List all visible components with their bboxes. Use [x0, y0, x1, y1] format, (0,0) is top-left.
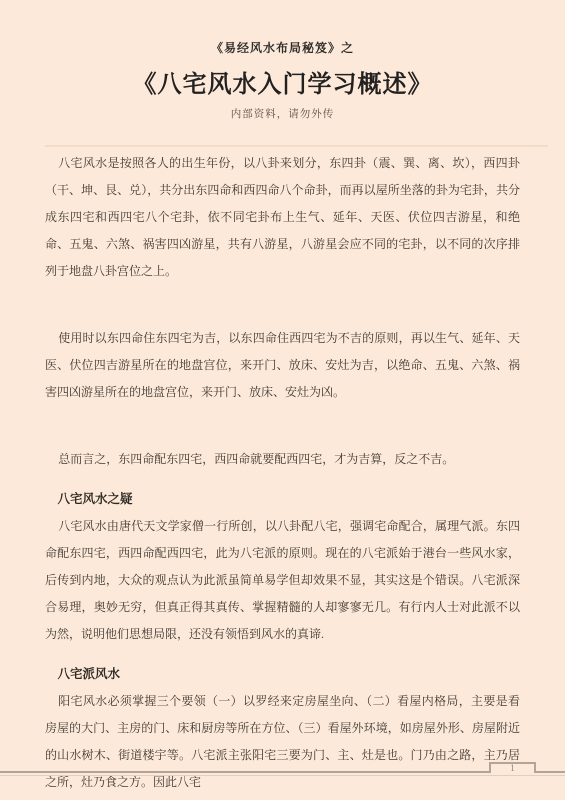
page-title: 《八宅风水入门学习概述》 — [0, 70, 565, 100]
paragraph-usage: 使用时以东四命住东四宅为吉，以东四命住西四宅为不吉的原则，再以生气、延年、天医、… — [45, 325, 520, 406]
section-heading-school: 八宅派风水 — [45, 661, 520, 688]
document-page: 《易经风水布局秘笈》之 《八宅风水入门学习概述》 内部资料，请勿外传 八宅风水是… — [0, 0, 565, 800]
page-footer: 1 — [0, 770, 565, 800]
page-number-tab: 1 — [489, 762, 536, 773]
section-heading-doubt: 八宅风水之疑 — [45, 486, 520, 513]
page-number: 1 — [510, 764, 515, 773]
paragraph-intro: 八宅风水是按照各人的出生年份，以八卦来划分，东四卦（震、巽、离、坎），西四卦（干… — [45, 150, 520, 285]
document-header: 《易经风水布局秘笈》之 《八宅风水入门学习概述》 内部资料，请勿外传 — [0, 0, 565, 147]
confidential-notice: 内部资料，请勿外传 — [0, 108, 565, 122]
footer-divider — [0, 771, 565, 773]
series-title: 《易经风水布局秘笈》之 — [0, 40, 565, 56]
paragraph-history: 八宅风水由唐代天文学家僧一行所创，以八卦配八宅，强调宅命配合，属理气派。东四命配… — [45, 513, 520, 648]
paragraph-summary: 总而言之，东四命配东四宅，西四命就要配西四宅，才为吉算，反之不吉。 — [45, 446, 520, 473]
document-body: 八宅风水是按照各人的出生年份，以八卦来划分，东四卦（震、巽、离、坎），西四卦（干… — [45, 150, 520, 796]
header-divider — [45, 145, 548, 147]
